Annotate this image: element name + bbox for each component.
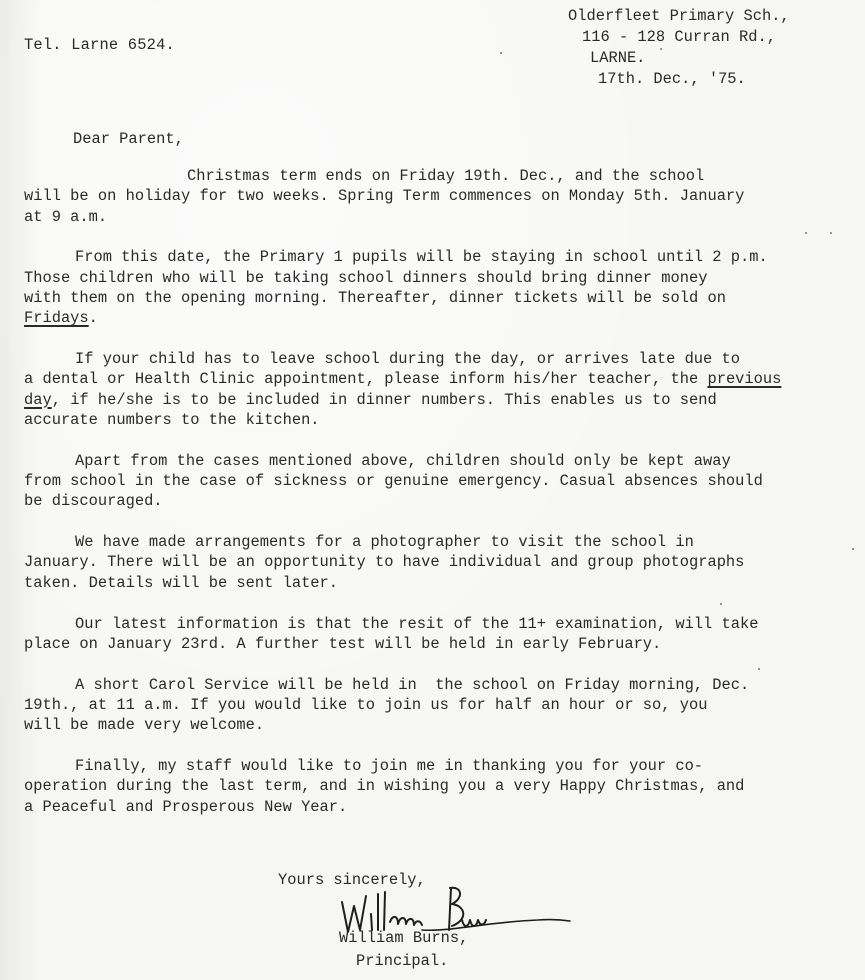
paragraph-season-greetings: Finally, my staff would like to join me …	[24, 756, 854, 817]
paragraph-line: If your child has to leave school during…	[24, 349, 854, 369]
paragraph-line: January. There will be an opportunity to…	[24, 552, 854, 572]
school-address-block: Olderfleet Primary Sch., 116 - 128 Curra…	[568, 6, 790, 90]
paragraph-term-dates: Christmas term ends on Friday 19th. Dec.…	[24, 166, 854, 227]
paragraph-line: Our latest information is that the resit…	[24, 614, 854, 634]
paragraph-line: operation during the last term, and in w…	[24, 776, 854, 796]
paper-speck	[852, 548, 854, 550]
salutation: Dear Parent,	[73, 130, 184, 148]
telephone-number: Tel. Larne 6524.	[24, 36, 175, 54]
paragraph-line: be discouraged.	[24, 491, 854, 511]
paragraph-primary-1-dinners: From this date, the Primary 1 pupils wil…	[24, 247, 854, 328]
paragraph-11-plus-exam: Our latest information is that the resit…	[24, 614, 854, 655]
paragraph-line: A short Carol Service will be held in th…	[24, 675, 854, 695]
underlined-word: day	[24, 391, 52, 409]
paragraph-line: Christmas term ends on Friday 19th. Dec.…	[24, 166, 854, 186]
paragraph-line: From this date, the Primary 1 pupils wil…	[24, 247, 854, 267]
paragraph-line: will be made very welcome.	[24, 715, 854, 735]
paragraph-line: a dental or Health Clinic appointment, p…	[24, 369, 854, 389]
paragraph-line: at 9 a.m.	[24, 207, 854, 227]
paper-speck	[720, 603, 722, 605]
paragraph-line: day, if he/she is to be included in dinn…	[24, 390, 854, 410]
paragraph-line: from school in the case of sickness or g…	[24, 471, 854, 491]
paragraph-line: place on January 23rd. A further test wi…	[24, 634, 854, 654]
paragraph-line: We have made arrangements for a photogra…	[24, 532, 854, 552]
letter-date: 17th. Dec., '75.	[598, 69, 790, 90]
signer-name: William Burns,	[339, 929, 468, 947]
paper-speck	[805, 232, 807, 234]
underlined-word: previous	[707, 370, 781, 388]
signer-title: Principal.	[356, 952, 448, 970]
paragraph-line: taken. Details will be sent later.	[24, 573, 854, 593]
paragraph-carol-service: A short Carol Service will be held in th…	[24, 675, 854, 736]
paper-speck	[830, 232, 832, 234]
paragraph-line: a Peaceful and Prosperous New Year.	[24, 797, 854, 817]
town: LARNE.	[590, 48, 790, 69]
paragraph-line: 19th., at 11 a.m. If you would like to j…	[24, 695, 854, 715]
paragraph-line: Fridays.	[24, 308, 854, 328]
paragraph-line: accurate numbers to the kitchen.	[24, 410, 854, 430]
paper-speck	[500, 52, 502, 54]
paragraph-photographer: We have made arrangements for a photogra…	[24, 532, 854, 593]
paper-speck	[660, 48, 662, 50]
paragraph-leaving-school: If your child has to leave school during…	[24, 349, 854, 430]
underlined-word: Fridays	[24, 309, 89, 327]
paragraph-line: with them on the opening morning. Therea…	[24, 288, 854, 308]
paragraph-line: Finally, my staff would like to join me …	[24, 756, 854, 776]
letter-body: Christmas term ends on Friday 19th. Dec.…	[24, 166, 854, 837]
street-address: 116 - 128 Curran Rd.,	[582, 27, 790, 48]
paper-speck	[758, 668, 760, 670]
letter-page: Tel. Larne 6524. Olderfleet Primary Sch.…	[0, 0, 865, 980]
paragraph-absences: Apart from the cases mentioned above, ch…	[24, 451, 854, 512]
school-name: Olderfleet Primary Sch.,	[568, 6, 790, 27]
paragraph-line: Those children who will be taking school…	[24, 268, 854, 288]
paragraph-line: will be on holiday for two weeks. Spring…	[24, 186, 854, 206]
paragraph-line: Apart from the cases mentioned above, ch…	[24, 451, 854, 471]
